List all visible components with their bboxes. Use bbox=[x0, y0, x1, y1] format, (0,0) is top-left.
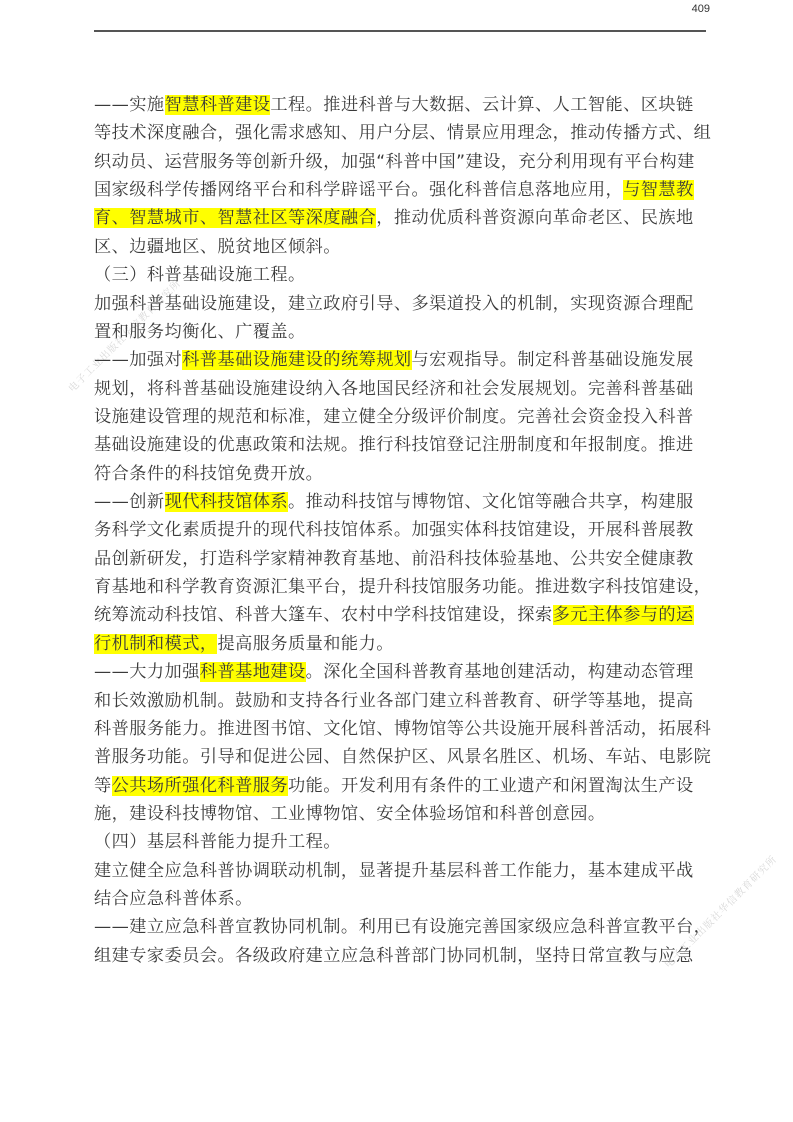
highlighted-text: 科普基地建设 bbox=[200, 662, 306, 682]
highlighted-text: 与智慧教 bbox=[623, 180, 694, 200]
body-text: 国家级科学传播网络平台和科学辟谣平台。强化科普信息落地应用， bbox=[94, 180, 623, 200]
body-text: 符合条件的科技馆免费开放。 bbox=[94, 464, 323, 484]
body-text: 区、边疆地区、脱贫地区倾斜。 bbox=[94, 237, 341, 257]
text-line: 国家级科学传播网络平台和科学辟谣平台。强化科普信息落地应用，与智慧教 bbox=[94, 176, 716, 204]
body-text: 等技术深度融合，强化需求感知、用户分层、情景应用理念，推动传播方式、组 bbox=[94, 123, 711, 143]
text-line: 行机制和模式，提高服务质量和能力。 bbox=[94, 630, 716, 658]
body-text: 。推动科技馆与博物馆、文化馆等融合共享，构建服 bbox=[288, 492, 694, 512]
body-text: ，推动优质科普资源向革命老区、民族地 bbox=[376, 208, 693, 228]
text-line: 施，建设科技博物馆、工业博物馆、安全体验场馆和科普创意园。 bbox=[94, 800, 716, 828]
text-line: 科普服务能力。推进图书馆、文化馆、博物馆等公共设施开展科普活动，拓展科 bbox=[94, 715, 716, 743]
body-text: 工程。推进科普与大数据、云计算、人工智能、区块链 bbox=[270, 95, 693, 115]
text-line: 规划，将科普基础设施建设纳入各地国民经济和社会发展规划。完善科普基础 bbox=[94, 375, 716, 403]
text-line: 育、智慧城市、智慧社区等深度融合，推动优质科普资源向革命老区、民族地 bbox=[94, 204, 716, 232]
document-body: ——实施智慧科普建设工程。推进科普与大数据、云计算、人工智能、区块链等技术深度融… bbox=[94, 91, 716, 970]
text-line: ——创新现代科技馆体系。推动科技馆与博物馆、文化馆等融合共享，构建服 bbox=[94, 488, 716, 516]
body-text: 提高服务质量和能力。 bbox=[217, 634, 393, 654]
body-text: 等 bbox=[94, 776, 112, 796]
text-line: （三）科普基础设施工程。 bbox=[94, 261, 716, 289]
body-text: 规划，将科普基础设施建设纳入各地国民经济和社会发展规划。完善科普基础 bbox=[94, 379, 694, 399]
text-line: 建立健全应急科普协调联动机制，显著提升基层科普工作能力，基本建成平战 bbox=[94, 857, 716, 885]
text-line: 符合条件的科技馆免费开放。 bbox=[94, 460, 716, 488]
highlighted-text: 公共场所强化科普服务 bbox=[112, 776, 288, 796]
body-text: 加强科普基础设施建设，建立政府引导、多渠道投入的机制，实现资源合理配 bbox=[94, 294, 694, 314]
body-text: 设施建设管理的规范和标准，建立健全分级评价制度。完善社会资金投入科普 bbox=[94, 407, 694, 427]
text-line: 等公共场所强化科普服务功能。开发利用有条件的工业遗产和闲置淘汰生产设 bbox=[94, 772, 716, 800]
text-line: 结合应急科普体系。 bbox=[94, 885, 716, 913]
text-line: 统筹流动科技馆、科普大篷车、农村中学科技馆建设，探索多元主体参与的运 bbox=[94, 601, 716, 629]
text-line: 等技术深度融合，强化需求感知、用户分层、情景应用理念，推动传播方式、组 bbox=[94, 119, 716, 147]
text-line: 织动员、运营服务等创新升级，加强“科普中国”建设，充分利用现有平台构建 bbox=[94, 148, 716, 176]
body-text: （四）基层科普能力提升工程。 bbox=[94, 832, 341, 852]
body-text: ——实施 bbox=[94, 95, 165, 115]
highlighted-text: 现代科技馆体系 bbox=[165, 492, 288, 512]
body-text: 。深化全国科普教育基地创建活动，构建动态管理 bbox=[306, 662, 694, 682]
text-line: 设施建设管理的规范和标准，建立健全分级评价制度。完善社会资金投入科普 bbox=[94, 403, 716, 431]
body-text: 和长效激励机制。鼓励和支持各行业各部门建立科普教育、研学等基地，提高 bbox=[94, 691, 694, 711]
text-line: ——实施智慧科普建设工程。推进科普与大数据、云计算、人工智能、区块链 bbox=[94, 91, 716, 119]
page-number: 409 bbox=[640, 3, 710, 15]
body-text: 织动员、运营服务等创新升级，加强“科普中国”建设，充分利用现有平台构建 bbox=[94, 152, 695, 172]
text-line: 置和服务均衡化、广覆盖。 bbox=[94, 318, 716, 346]
text-line: ——建立应急科普宣教协同机制。利用已有设施完善国家级应急科普宣教平台， bbox=[94, 913, 716, 941]
text-line: （四）基层科普能力提升工程。 bbox=[94, 828, 716, 856]
body-text: 建立健全应急科普协调联动机制，显著提升基层科普工作能力，基本建成平战 bbox=[94, 861, 694, 881]
body-text: 组建专家委员会。各级政府建立应急科普部门协同机制，坚持日常宣教与应急 bbox=[94, 946, 694, 966]
body-text: 施，建设科技博物馆、工业博物馆、安全体验场馆和科普创意园。 bbox=[94, 804, 606, 824]
highlighted-text: 智慧科普建设 bbox=[165, 95, 271, 115]
text-line: 务科学文化素质提升的现代科技馆体系。加强实体科技馆建设，开展科普展教 bbox=[94, 516, 716, 544]
body-text: 品创新研发，打造科学家精神教育基地、前沿科技体验基地、公共安全健康教 bbox=[94, 549, 694, 569]
body-text: 统筹流动科技馆、科普大篷车、农村中学科技馆建设，探索 bbox=[94, 605, 553, 625]
highlighted-text: 育、智慧城市、智慧社区等深度融合 bbox=[94, 208, 376, 228]
text-line: 基础设施建设的优惠政策和法规。推行科技馆登记注册制度和年报制度。推进 bbox=[94, 431, 716, 459]
text-line: 区、边疆地区、脱贫地区倾斜。 bbox=[94, 233, 716, 261]
body-text: 科普服务能力。推进图书馆、文化馆、博物馆等公共设施开展科普活动，拓展科 bbox=[94, 719, 711, 739]
text-line: 育基地和科学教育资源汇集平台，提升科技馆服务功能。推进数字科技馆建设， bbox=[94, 573, 716, 601]
body-text: 基础设施建设的优惠政策和法规。推行科技馆登记注册制度和年报制度。推进 bbox=[94, 435, 694, 455]
highlighted-text: 行机制和模式， bbox=[94, 634, 217, 654]
text-line: ——大力加强科普基地建设。深化全国科普教育基地创建活动，构建动态管理 bbox=[94, 658, 716, 686]
text-line: 品创新研发，打造科学家精神教育基地、前沿科技体验基地、公共安全健康教 bbox=[94, 545, 716, 573]
text-line: 组建专家委员会。各级政府建立应急科普部门协同机制，坚持日常宣教与应急 bbox=[94, 942, 716, 970]
text-line: 和长效激励机制。鼓励和支持各行业各部门建立科普教育、研学等基地，提高 bbox=[94, 687, 716, 715]
body-text: 普服务功能。引导和促进公园、自然保护区、风景名胜区、机场、车站、电影院 bbox=[94, 747, 711, 767]
body-text: 功能。开发利用有条件的工业遗产和闲置淘汰生产设 bbox=[288, 776, 694, 796]
text-line: ——加强对科普基础设施建设的统筹规划与宏观指导。制定科普基础设施发展 bbox=[94, 346, 716, 374]
body-text: ——创新 bbox=[94, 492, 165, 512]
body-text: （三）科普基础设施工程。 bbox=[94, 265, 306, 285]
body-text: 务科学文化素质提升的现代科技馆体系。加强实体科技馆建设，开展科普展教 bbox=[94, 520, 694, 540]
body-text: 结合应急科普体系。 bbox=[94, 889, 253, 909]
text-line: 普服务功能。引导和促进公园、自然保护区、风景名胜区、机场、车站、电影院 bbox=[94, 743, 716, 771]
body-text: 置和服务均衡化、广覆盖。 bbox=[94, 322, 306, 342]
body-text: ——加强对 bbox=[94, 350, 182, 370]
body-text: 与宏观指导。制定科普基础设施发展 bbox=[412, 350, 694, 370]
text-line: 加强科普基础设施建设，建立政府引导、多渠道投入的机制，实现资源合理配 bbox=[94, 290, 716, 318]
body-text: ——建立应急科普宣教协同机制。利用已有设施完善国家级应急科普宣教平台， bbox=[94, 917, 711, 937]
body-text: 育基地和科学教育资源汇集平台，提升科技馆服务功能。推进数字科技馆建设， bbox=[94, 577, 711, 597]
highlighted-text: 多元主体参与的运 bbox=[553, 605, 694, 625]
body-text: ——大力加强 bbox=[94, 662, 200, 682]
header-rule bbox=[94, 30, 706, 32]
highlighted-text: 科普基础设施建设的统筹规划 bbox=[182, 350, 411, 370]
